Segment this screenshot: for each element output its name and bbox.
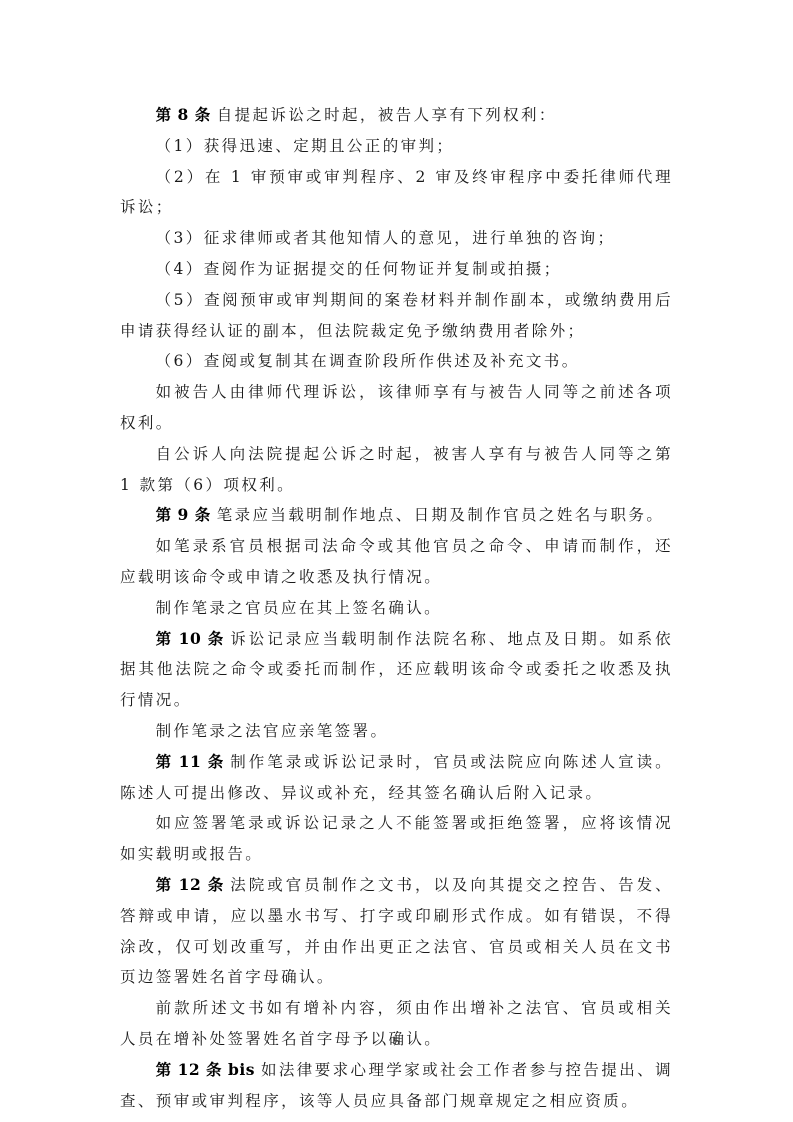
article-heading: 第 12 条 bis [156, 1060, 255, 1079]
article-8-para-3: 自公诉人向法院提起公诉之时起，被害人享有与被告人同等之第 1 款第（6）项权利。 [120, 439, 673, 501]
article-8-item-6: （6）查阅或复制其在调查阶段所作供述及补充文书。 [120, 346, 673, 377]
article-11-para-2: 如应签署笔录或诉讼记录之人不能签署或拒绝签署，应将该情况如实载明或报告。 [120, 808, 673, 870]
document-body: 第 8 条自提起诉讼之时起，被告人享有下列权利： （1）获得迅速、定期且公正的审… [120, 100, 673, 1116]
page-number: 5 [0, 1036, 793, 1048]
document-page: 第 8 条自提起诉讼之时起，被告人享有下列权利： （1）获得迅速、定期且公正的审… [0, 0, 793, 1122]
article-8-para-2: 如被告人由律师代理诉讼，该律师享有与被告人同等之前述各项权利。 [120, 377, 673, 439]
article-heading: 第 11 条 [156, 752, 225, 771]
article-heading: 第 12 条 [156, 875, 225, 894]
article-8-item-2: （2）在 1 审预审或审判程序、2 审及终审程序中委托律师代理诉讼； [120, 162, 673, 224]
article-10-para-2: 制作笔录之法官应亲笔签署。 [120, 716, 673, 747]
article-11-para-1: 第 11 条制作笔录或诉讼记录时，官员或法院应向陈述人宣读。陈述人可提出修改、异… [120, 747, 673, 809]
article-9-para-1: 第 9 条笔录应当载明制作地点、日期及制作官员之姓名与职务。 [120, 500, 673, 531]
article-12bis-para-1: 第 12 条 bis如法律要求心理学家或社会工作者参与控告提出、调查、预审或审判… [120, 1055, 673, 1117]
article-8-item-5: （5）查阅预审或审判期间的案卷材料并制作副本，或缴纳费用后申请获得经认证的副本，… [120, 285, 673, 347]
article-10-para-1: 第 10 条诉讼记录应当载明制作法院名称、地点及日期。如系依据其他法院之命令或委… [120, 624, 673, 716]
article-heading: 第 8 条 [156, 105, 211, 124]
article-9-para-3: 制作笔录之官员应在其上签名确认。 [120, 593, 673, 624]
article-9-para-2: 如笔录系官员根据司法命令或其他官员之命令、申请而制作，还应载明该命令或申请之收悉… [120, 531, 673, 593]
article-heading: 第 9 条 [156, 505, 211, 524]
article-12-para-1: 第 12 条法院或官员制作之文书，以及向其提交之控告、告发、答辩或申请，应以墨水… [120, 870, 673, 993]
article-8-item-3: （3）征求律师或者其他知情人的意见，进行单独的咨询； [120, 223, 673, 254]
article-8-intro: 第 8 条自提起诉讼之时起，被告人享有下列权利： [120, 100, 673, 131]
article-heading: 第 10 条 [156, 629, 225, 648]
article-8-item-1: （1）获得迅速、定期且公正的审判； [120, 131, 673, 162]
article-8-item-4: （4）查阅作为证据提交的任何物证并复制或拍摄； [120, 254, 673, 285]
